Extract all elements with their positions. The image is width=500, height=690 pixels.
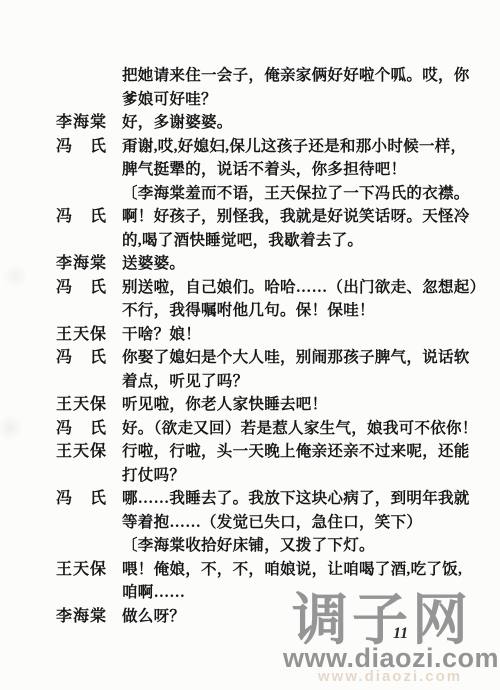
- dialogue-row: 冯 氏 别送啦，自己娘们。哈哈……（出门欲走、忽想起） 不行，我得嘱咐他几句。保…: [56, 276, 452, 323]
- speaker-name: 李海棠: [56, 111, 122, 135]
- speaker-name: 李海棠: [56, 252, 122, 276]
- dialogue-line: 不行，我得嘱咐他几句。保！保哇！: [122, 299, 452, 323]
- speaker-name: 冯 氏: [56, 487, 122, 511]
- dialogue-line: 把她请来住一会子，俺亲家俩好好啦个呱。哎，你: [122, 64, 452, 88]
- dialogue-line: 干啥？娘！: [122, 323, 452, 347]
- dialogue-row: 冯 氏 啊！好孩子，别怪我，我就是好说笑话呀。天怪冷 的,喝了酒快睡觉吧，我歇着…: [56, 205, 452, 252]
- dialogue-line: 爹娘可好哇？: [122, 88, 452, 112]
- dialogue-row: 王天保 听见啦，你老人家快睡去吧！: [56, 393, 452, 417]
- speaker-name: 冯 氏: [56, 135, 122, 159]
- dialogue-row: 王天保 行啦，行啦，头一天晚上俺亲还亲不过来呢，还能 打仗吗？: [56, 440, 452, 487]
- dialogue-row: 冯 氏 你娶了媳妇是个大人哇，别闹那孩子脾气，说话软 着点，听见了吗？: [56, 346, 452, 393]
- watermark-site-name: 调子网: [292, 592, 472, 648]
- dialogue-row: 李海棠 送婆婆。: [56, 252, 452, 276]
- stage-direction-line: 〔李海棠收拾好床铺，又拨了下灯。: [122, 534, 452, 558]
- dialogue-line: 喂！俺娘，不，不，咱娘说，让咱喝了酒,吃了饭,: [122, 558, 452, 582]
- speaker-name: 冯 氏: [56, 417, 122, 441]
- dialogue-line: 听见啦，你老人家快睡去吧！: [122, 393, 452, 417]
- watermark-site-url: www.diaozi.com: [283, 645, 499, 672]
- speaker-name: 冯 氏: [56, 205, 122, 229]
- dialogue-line: 好。（欲走又回）若是惹人家生气，娘我可不依你！: [122, 417, 452, 441]
- speaker-name: 王天保: [56, 558, 122, 582]
- stage-direction-row: 〔李海棠羞而不语，王天保拉了一下冯氏的衣襟。: [56, 182, 452, 206]
- dialogue-line: 着点，听见了吗？: [122, 370, 452, 394]
- script-text: 把她请来住一会子，俺亲家俩好好啦个呱。哎，你 爹娘可好哇？ 李海棠 好，多谢婆婆…: [56, 64, 452, 628]
- stage-direction-line: 〔李海棠羞而不语，王天保拉了一下冯氏的衣襟。: [122, 182, 452, 206]
- speaker-name: 冯 氏: [56, 346, 122, 370]
- dialogue-line: 哪……我睡去了。我放下这块心病了，到明年我就: [122, 487, 452, 511]
- dialogue-line: 脾气挺犟的，说话不着头，你多担待吧！: [122, 158, 452, 182]
- dialogue-row: 冯 氏 好。（欲走又回）若是惹人家生气，娘我可不依你！: [56, 417, 452, 441]
- dialogue-line: 打仗吗？: [122, 464, 452, 488]
- dialogue-line: 的,喝了酒快睡觉吧，我歇着去了。: [122, 229, 452, 253]
- dialogue-line: 好，多谢婆婆。: [122, 111, 452, 135]
- speaker-name: 王天保: [56, 393, 122, 417]
- dialogue-line: 你娶了媳妇是个大人哇，别闹那孩子脾气，说话软: [122, 346, 452, 370]
- book-page: 把她请来住一会子，俺亲家俩好好啦个呱。哎，你 爹娘可好哇？ 李海棠 好，多谢婆婆…: [0, 0, 500, 690]
- dialogue-row: 冯 氏 哪……我睡去了。我放下这块心病了，到明年我就 等着抱……（发觉已失口，急…: [56, 487, 452, 534]
- dialogue-line: 送婆婆。: [122, 252, 452, 276]
- dialogue-line: 啊！好孩子，别怪我，我就是好说笑话呀。天怪冷: [122, 205, 452, 229]
- dialogue-row: 冯 氏 甭谢,哎,好媳妇,保儿这孩子还是和那小时候一样， 脾气挺犟的，说话不着头…: [56, 135, 452, 182]
- speaker-name: 冯 氏: [56, 276, 122, 300]
- dialogue-row: 王天保 干啥？娘！: [56, 323, 452, 347]
- dialogue-row: 把她请来住一会子，俺亲家俩好好啦个呱。哎，你 爹娘可好哇？: [56, 64, 452, 111]
- speaker-name: 王天保: [56, 440, 122, 464]
- stage-direction-row: 〔李海棠收拾好床铺，又拨了下灯。: [56, 534, 452, 558]
- dialogue-row: 李海棠 好，多谢婆婆。: [56, 111, 452, 135]
- dialogue-line: 等着抱……（发觉已失口，急住口，笑下）: [122, 511, 452, 535]
- dialogue-line: 甭谢,哎,好媳妇,保儿这孩子还是和那小时候一样，: [122, 135, 452, 159]
- dialogue-line: 别送啦，自己娘们。哈哈……（出门欲走、忽想起）: [122, 276, 452, 300]
- speaker-name: 李海棠: [56, 605, 122, 629]
- speaker-name: 王天保: [56, 323, 122, 347]
- dialogue-line: 行啦，行啦，头一天晚上俺亲还亲不过来呢，还能: [122, 440, 452, 464]
